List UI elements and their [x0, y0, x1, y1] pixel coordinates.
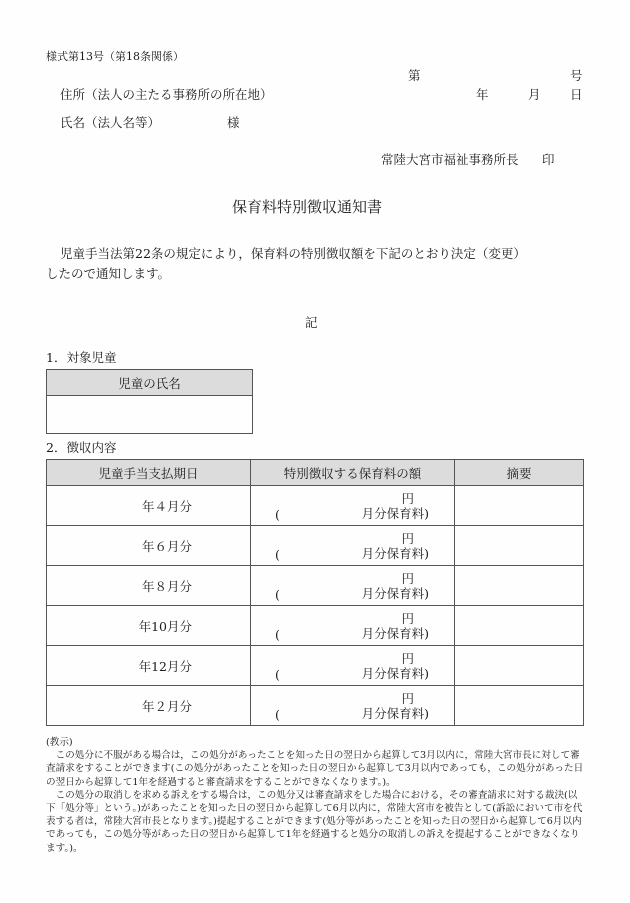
- period-cell: 年２月分: [47, 686, 251, 726]
- notice-paragraph-lawsuit: この処分の取消しを求める訴えをする場合は，この処分又は審査請求をした場合における…: [46, 789, 586, 855]
- amount-cell[interactable]: 円(月分保育料): [251, 686, 455, 726]
- child-name-header: 児童の氏名: [47, 370, 253, 396]
- month-fee-label: 月分保育料): [362, 664, 429, 682]
- date-year: 年: [476, 85, 489, 103]
- paren-open: (: [275, 547, 280, 562]
- month-fee-label: 月分保育料): [362, 704, 429, 722]
- table-row: 年２月分 円(月分保育料): [47, 686, 584, 726]
- amount-cell[interactable]: 円(月分保育料): [251, 646, 455, 686]
- date-day: 日: [570, 85, 583, 103]
- remarks-cell[interactable]: [455, 526, 584, 566]
- child-table: 児童の氏名: [46, 369, 253, 434]
- name-label: 氏名（法人名等）: [60, 113, 160, 131]
- remarks-cell[interactable]: [455, 686, 584, 726]
- month-fee-label: 月分保育料): [362, 504, 429, 522]
- body-text-line2: したので通知します。: [46, 264, 170, 282]
- notice-paragraph-appeal: この処分に不服がある場合は，この処分があったことを知った日の翌日から起算して3月…: [46, 749, 586, 789]
- section2-heading: 2．徴収内容: [46, 438, 116, 456]
- table-row: 年10月分 円(月分保育料): [47, 606, 584, 646]
- table-row: 年８月分 円(月分保育料): [47, 566, 584, 606]
- month-fee-label: 月分保育料): [362, 584, 429, 602]
- issuer: 常陸大宮市福祉事務所長: [381, 150, 519, 168]
- month-fee-label: 月分保育料): [362, 544, 429, 562]
- paren-open: (: [275, 507, 280, 522]
- period-cell: 年４月分: [47, 486, 251, 526]
- body-text-line1: 児童手当法第22条の規定により，保育料の特別徴収額を下記のとおり決定（変更）: [60, 244, 526, 262]
- table-row: 年６月分 円(月分保育料): [47, 526, 584, 566]
- amount-cell[interactable]: 円(月分保育料): [251, 526, 455, 566]
- amount-cell[interactable]: 円(月分保育料): [251, 606, 455, 646]
- amount-cell[interactable]: 円(月分保育料): [251, 566, 455, 606]
- period-cell: 年８月分: [47, 566, 251, 606]
- child-name-cell[interactable]: [47, 396, 253, 434]
- period-cell: 年10月分: [47, 606, 251, 646]
- collection-table: 児童手当支払期日 特別徴収する保育料の額 摘要 年４月分 円(月分保育料) 年６…: [46, 459, 584, 726]
- remarks-cell[interactable]: [455, 606, 584, 646]
- doc-number-prefix: 第: [408, 66, 421, 84]
- seal-mark: 印: [542, 150, 555, 168]
- paren-open: (: [275, 707, 280, 722]
- month-fee-label: 月分保育料): [362, 624, 429, 642]
- appeal-notice: (教示) この処分に不服がある場合は，この処分があったことを知った日の翌日から起…: [46, 736, 586, 855]
- table-row: 年４月分 円(月分保育料): [47, 486, 584, 526]
- remarks-cell[interactable]: [455, 566, 584, 606]
- doc-number-suffix: 号: [570, 66, 583, 84]
- col-header-payment-date: 児童手当支払期日: [47, 460, 251, 486]
- remarks-cell[interactable]: [455, 646, 584, 686]
- notice-label: (教示): [46, 736, 586, 749]
- paren-open: (: [275, 627, 280, 642]
- amount-cell[interactable]: 円(月分保育料): [251, 486, 455, 526]
- col-header-amount: 特別徴収する保育料の額: [251, 460, 455, 486]
- date-month: 月: [528, 85, 541, 103]
- remarks-cell[interactable]: [455, 486, 584, 526]
- honorific: 様: [227, 113, 240, 131]
- address-label: 住所（法人の主たる事務所の所在地）: [60, 85, 273, 103]
- document-title: 保育料特別徴収通知書: [232, 196, 382, 217]
- period-cell: 年６月分: [47, 526, 251, 566]
- form-number: 様式第13号（第18条関係）: [46, 48, 184, 64]
- ki-heading: 記: [305, 313, 318, 331]
- period-cell: 年12月分: [47, 646, 251, 686]
- col-header-remarks: 摘要: [455, 460, 584, 486]
- paren-open: (: [275, 667, 280, 682]
- section1-heading: 1．対象児童: [46, 348, 116, 366]
- paren-open: (: [275, 587, 280, 602]
- table-row: 年12月分 円(月分保育料): [47, 646, 584, 686]
